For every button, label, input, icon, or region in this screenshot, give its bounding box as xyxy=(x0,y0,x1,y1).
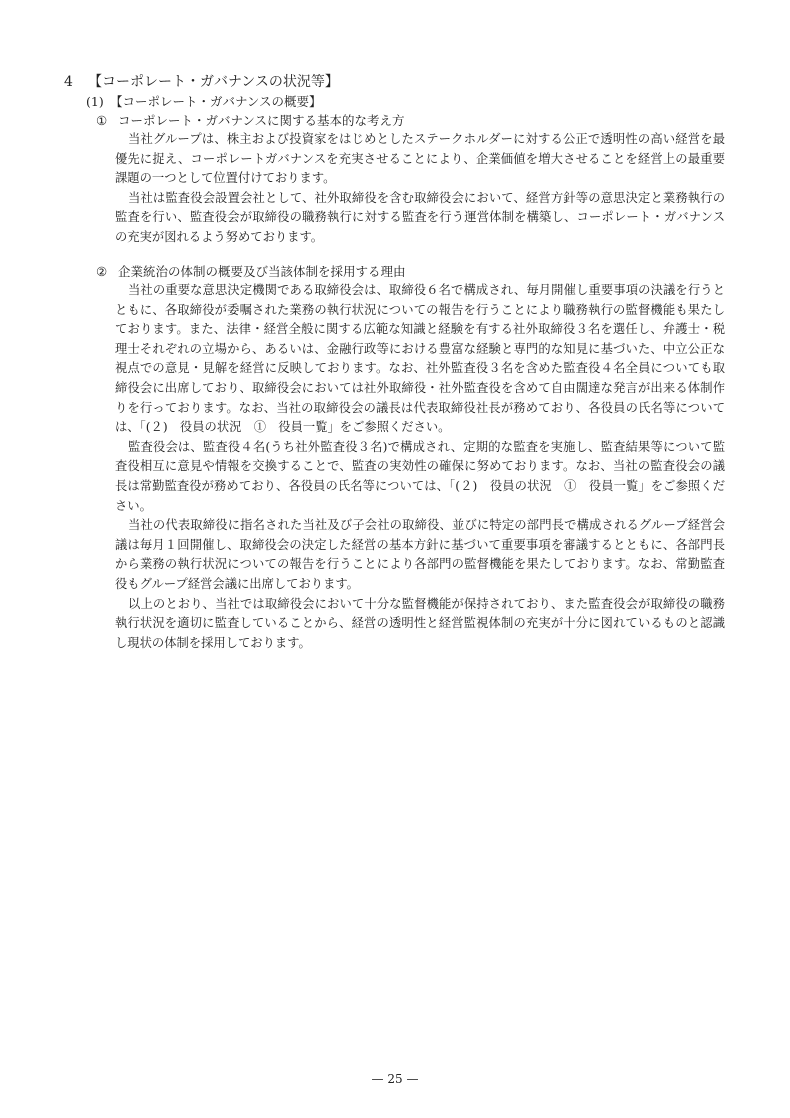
subsection-number: (1) xyxy=(86,92,110,111)
item-heading-basic-policy: ①コーポレート・ガバナンスに関する基本的な考え方 xyxy=(96,111,405,130)
item-title: コーポレート・ガバナンスに関する基本的な考え方 xyxy=(118,113,405,128)
item-number: ② xyxy=(96,262,118,281)
paragraph: 当社は監査役会設置会社として、社外取締役を含む取締役会において、経営方針等の意思… xyxy=(115,189,725,248)
section-heading: 4【コーポレート・ガバナンスの状況等】 xyxy=(64,73,339,92)
paragraph: 監査役会は、監査役４名(うち社外監査役３名)で構成され、定期的な監査を実施し、監… xyxy=(115,438,725,516)
item-heading-governance-structure: ②企業統治の体制の概要及び当該体制を採用する理由 xyxy=(96,262,406,281)
section-title: 【コーポレート・ガバナンスの状況等】 xyxy=(88,74,339,90)
item-number: ① xyxy=(96,111,118,130)
item-body-governance-structure: 当社の重要な意思決定機関である取締役会は、取締役６名で構成され、毎月開催し重要事… xyxy=(115,281,725,653)
item-title: 企業統治の体制の概要及び当該体制を採用する理由 xyxy=(118,264,406,279)
paragraph: 当社の重要な意思決定機関である取締役会は、取締役６名で構成され、毎月開催し重要事… xyxy=(115,281,725,438)
subsection-title: 【コーポレート・ガバナンスの概要】 xyxy=(110,94,322,109)
section-number: 4 xyxy=(64,73,88,92)
subsection-heading: (1)【コーポレート・ガバナンスの概要】 xyxy=(86,92,322,111)
paragraph: 以上のとおり、当社では取締役会において十分な監督機能が保持されており、また監査役… xyxy=(115,595,725,654)
document-page: 4【コーポレート・ガバナンスの状況等】 (1)【コーポレート・ガバナンスの概要】… xyxy=(0,0,790,1118)
item-body-basic-policy: 当社グループは、株主および投資家をはじめとしたステークホルダーに対する公正で透明… xyxy=(115,130,725,248)
page-number: — 25 — xyxy=(0,1071,790,1087)
paragraph: 当社グループは、株主および投資家をはじめとしたステークホルダーに対する公正で透明… xyxy=(115,130,725,189)
paragraph: 当社の代表取締役に指名された当社及び子会社の取締役、並びに特定の部門長で構成され… xyxy=(115,516,725,594)
